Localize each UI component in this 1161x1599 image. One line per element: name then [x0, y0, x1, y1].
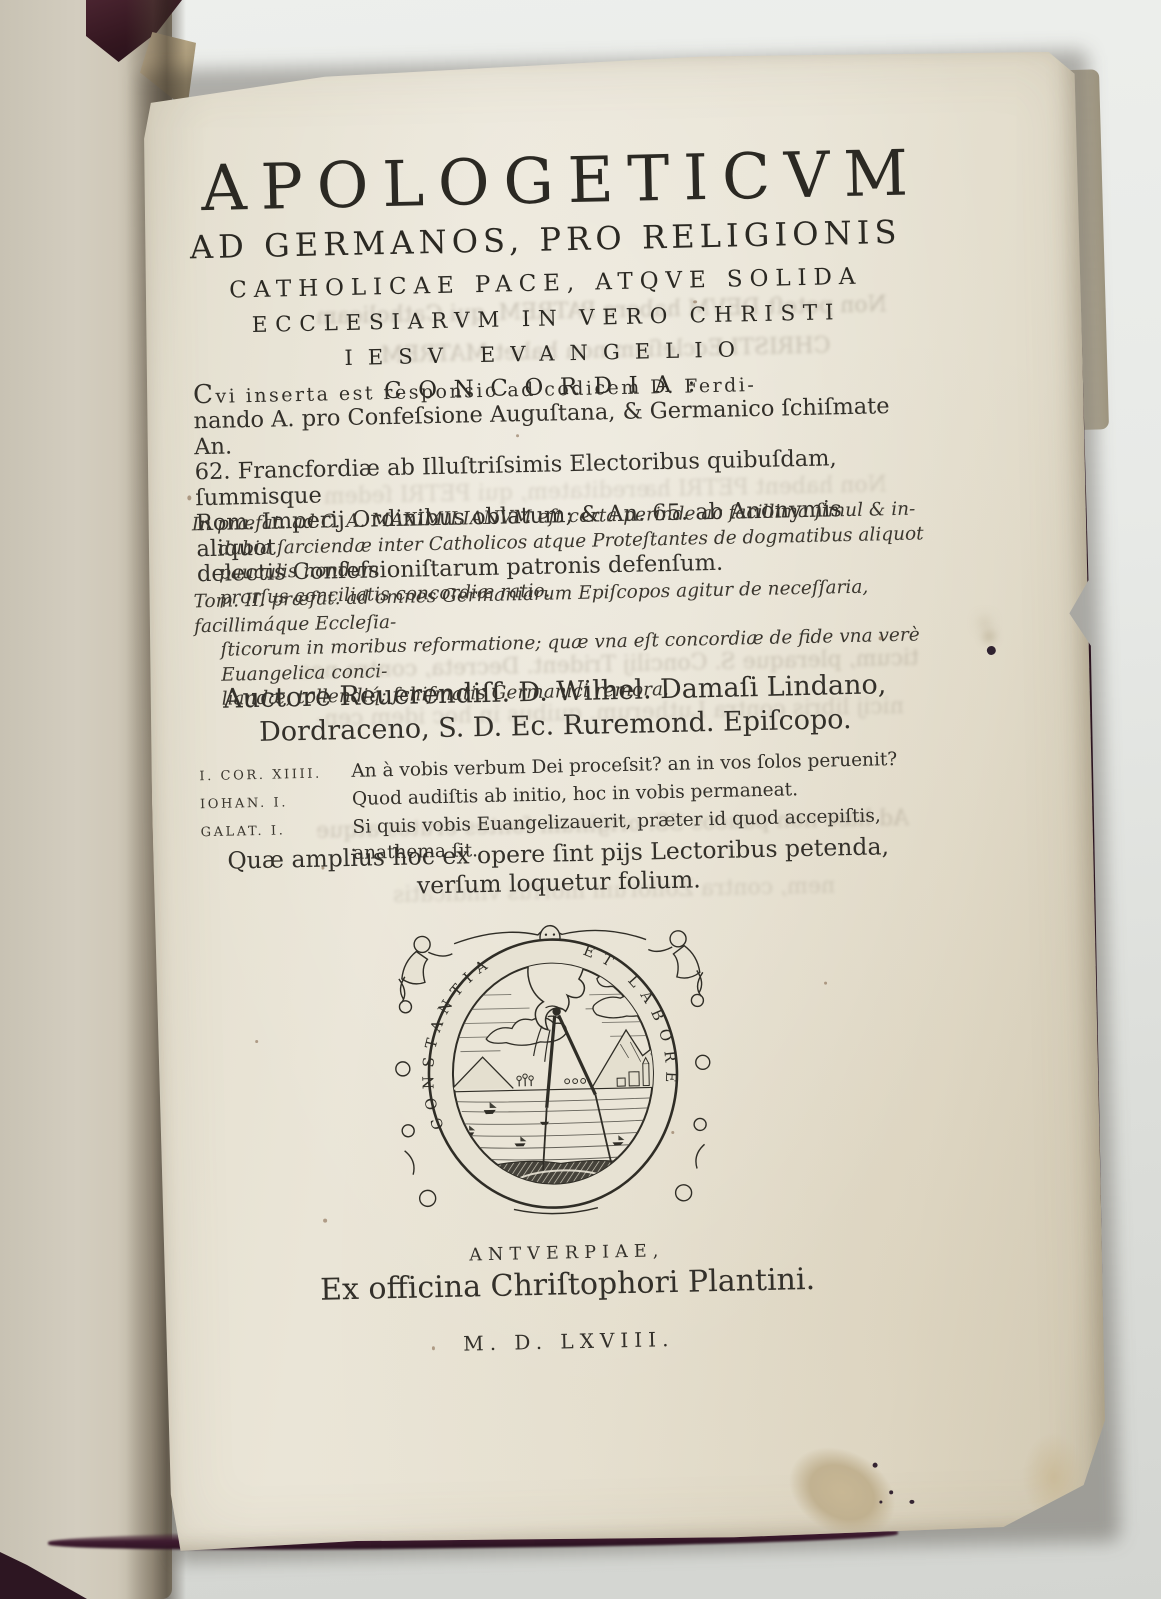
- ink-spot: [889, 1490, 893, 1494]
- foxing-speck: [671, 1131, 674, 1134]
- book-photo: Non poteſt DEVM habere PATREM, qui Catho…: [0, 0, 1161, 1599]
- printer-device-emblem: CONSTANTIA ET LABORE: [388, 912, 718, 1219]
- title-line-4: ECCLESIARVM IN VERO CHRISTI: [191, 299, 901, 339]
- title-line-3: CATHOLICAE PACE, ATQVE SOLIDA: [191, 263, 901, 304]
- putto-right: [648, 930, 702, 993]
- foxing-speck: [824, 982, 827, 985]
- foxing-speck: [323, 1219, 327, 1223]
- foxing-speck: [879, 636, 883, 640]
- title-line-5: IESV EVANGELIO: [192, 334, 902, 373]
- citation-ref: GALAT. I.: [200, 817, 353, 846]
- title-block: APOLOGETICVM AD GERMANOS, PRO RELIGIONIS…: [188, 142, 903, 408]
- citation-ref: I. COR. XIIII.: [199, 761, 352, 790]
- author-statement: Auctore Reuerendiſſ. D. Wilhel. Damaſi L…: [199, 668, 910, 751]
- putto-left: [399, 936, 453, 999]
- foxing-speck: [432, 1346, 435, 1350]
- title-page: Non poteſt DEVM habere PATREM, qui Catho…: [136, 44, 1111, 1554]
- imprint-year: M. D. LXVIII.: [214, 1322, 924, 1361]
- main-title: APOLOGETICVM: [200, 142, 899, 220]
- foxing-speck: [255, 1040, 258, 1043]
- ink-spot: [873, 1463, 878, 1468]
- foxing-speck: [693, 300, 697, 303]
- ink-spot: [879, 1501, 882, 1504]
- foxing-speck: [516, 434, 519, 437]
- citation-ref: IOHAN. I.: [200, 789, 353, 818]
- foxing-speck: [187, 495, 191, 500]
- foxing-speck: [321, 867, 324, 870]
